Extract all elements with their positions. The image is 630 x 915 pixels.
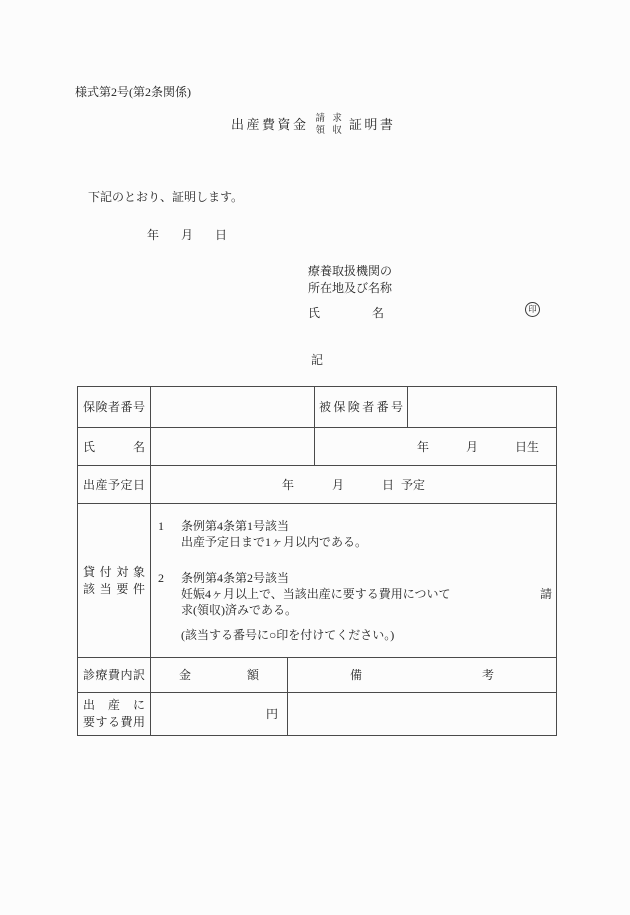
- loan-condition-label-cell: 貸付対象 該当要件: [78, 504, 151, 657]
- date-year-label: 年: [147, 227, 159, 243]
- loan-condition-label-line2: 該当要件: [83, 581, 145, 598]
- document-title: 出産費資金 請 求 領 収 証明書: [231, 110, 395, 140]
- remarks-header-cell: 備 考: [288, 658, 556, 692]
- loan-condition-content-cell: 1 条例第4条第1号該当 出産予定日まで1ヶ月以内である。 2 条例第4条第2号…: [151, 504, 556, 657]
- title-stacked-words: 請 求 領 収: [316, 113, 342, 137]
- condition-item-2: 2 条例第4条第2号該当: [158, 570, 552, 586]
- amount-field[interactable]: 円: [151, 693, 288, 735]
- remarks-field[interactable]: [288, 693, 556, 735]
- date-day-label: 日: [215, 227, 227, 243]
- table-row: 出産予定日 年 月 日 予定: [78, 466, 556, 504]
- remarks-header-first: 備: [350, 667, 362, 683]
- issuer-name-label[interactable]: 氏 名: [308, 305, 384, 321]
- form-number: 様式第2号(第2条関係): [75, 84, 191, 100]
- loan-condition-label-line1: 貸付対象: [83, 564, 145, 581]
- amount-header-first: 金: [179, 667, 191, 683]
- yen-unit-label: 円: [266, 706, 278, 722]
- amount-header-cell: 金 額: [151, 658, 288, 692]
- medical-fee-breakdown-label: 診療費内訳: [83, 667, 145, 683]
- childbirth-cost-label-line2: 要する費用: [83, 714, 145, 731]
- condition-1-title: 条例第4条第1号該当: [181, 518, 289, 534]
- record-heading: 記: [77, 352, 557, 368]
- seal-mark-icon: 印: [525, 302, 540, 317]
- expected-date-field[interactable]: 年 月 日 予定: [151, 466, 556, 503]
- condition-2-body-tail: 請: [540, 586, 552, 602]
- childbirth-cost-label: 出産に 要する費用: [83, 697, 145, 731]
- insured-number-label: 被保険者番号: [319, 399, 403, 415]
- expected-suffix-label: 予定: [401, 477, 425, 493]
- expected-day-label: 日: [382, 477, 394, 493]
- birth-month-label: 月: [466, 439, 478, 455]
- medical-fee-breakdown-label-cell: 診療費内訳: [78, 658, 151, 692]
- condition-item-1: 1 条例第4条第1号該当: [158, 518, 552, 534]
- name-field[interactable]: [151, 428, 315, 465]
- expected-date-label: 出産予定日: [83, 477, 145, 493]
- childbirth-cost-label-line1: 出産に: [83, 697, 145, 714]
- table-row: 貸付対象 該当要件 1 条例第4条第1号該当 出産予定日まで1ヶ月以内である。 …: [78, 504, 556, 658]
- issuer-org-line2: 所在地及び名称: [308, 280, 392, 297]
- condition-2-title: 条例第4条第2号該当: [181, 570, 289, 586]
- issuer-org-line1: 療養取扱機関の: [308, 263, 392, 280]
- table-row: 出産に 要する費用 円: [78, 693, 556, 735]
- condition-2-body-line2: 求(領収)済みである。: [181, 602, 552, 618]
- name-label-cell: 氏名: [78, 428, 151, 465]
- certify-statement: 下記のとおり、証明します。: [88, 189, 243, 205]
- title-stack-top: 請 求: [316, 113, 342, 125]
- table-row: 診療費内訳 金 額 備 考: [78, 658, 556, 693]
- document-page: 様式第2号(第2条関係) 出産費資金 請 求 領 収 証明書 下記のとおり、証明…: [0, 0, 630, 915]
- option-1-number[interactable]: 1: [158, 518, 181, 534]
- expected-year-label: 年: [282, 477, 294, 493]
- expected-month-label: 月: [332, 477, 344, 493]
- insurer-number-field[interactable]: [151, 387, 315, 427]
- birth-day-label: 日生: [515, 439, 539, 455]
- birth-year-label: 年: [417, 439, 429, 455]
- birth-date-field[interactable]: 年 月 日生: [315, 428, 556, 465]
- title-suffix: 証明書: [349, 117, 396, 133]
- title-main: 出産費資金: [231, 117, 309, 133]
- name-label-first: 氏: [308, 305, 320, 321]
- table-row: 氏名 年 月 日生: [78, 428, 556, 466]
- amount-header-second: 額: [247, 667, 259, 683]
- date-month-label: 月: [181, 227, 193, 243]
- form-table: 保険者番号 被保険者番号 氏名 年 月 日生 出産予定日 年: [77, 386, 557, 736]
- issuer-org-block[interactable]: 療養取扱機関の 所在地及び名称: [308, 263, 392, 297]
- circle-number-note: (該当する番号に○印を付けてください。): [181, 627, 552, 643]
- table-row: 保険者番号 被保険者番号: [78, 387, 556, 428]
- remarks-header-second: 考: [482, 667, 494, 683]
- childbirth-cost-label-cell: 出産に 要する費用: [78, 693, 151, 735]
- insured-number-field[interactable]: [408, 387, 556, 427]
- name-label-second: 名: [372, 305, 384, 321]
- title-stack-bottom: 領 収: [316, 125, 342, 137]
- expected-date-label-cell: 出産予定日: [78, 466, 151, 503]
- condition-2-body-main: 妊娠4ヶ月以上で、当該出産に要する費用について: [181, 586, 451, 602]
- loan-condition-label: 貸付対象 該当要件: [83, 564, 145, 598]
- condition-1-body: 出産予定日まで1ヶ月以内である。: [181, 534, 552, 550]
- insured-number-label-cell: 被保険者番号: [315, 387, 408, 427]
- insurer-number-label-cell: 保険者番号: [78, 387, 151, 427]
- name-label: 氏名: [83, 439, 145, 455]
- option-2-number[interactable]: 2: [158, 570, 181, 586]
- insurer-number-label: 保険者番号: [83, 399, 145, 415]
- issue-date-line[interactable]: 年 月 日: [147, 227, 227, 243]
- condition-2-body-line1: 妊娠4ヶ月以上で、当該出産に要する費用について 請: [181, 586, 552, 602]
